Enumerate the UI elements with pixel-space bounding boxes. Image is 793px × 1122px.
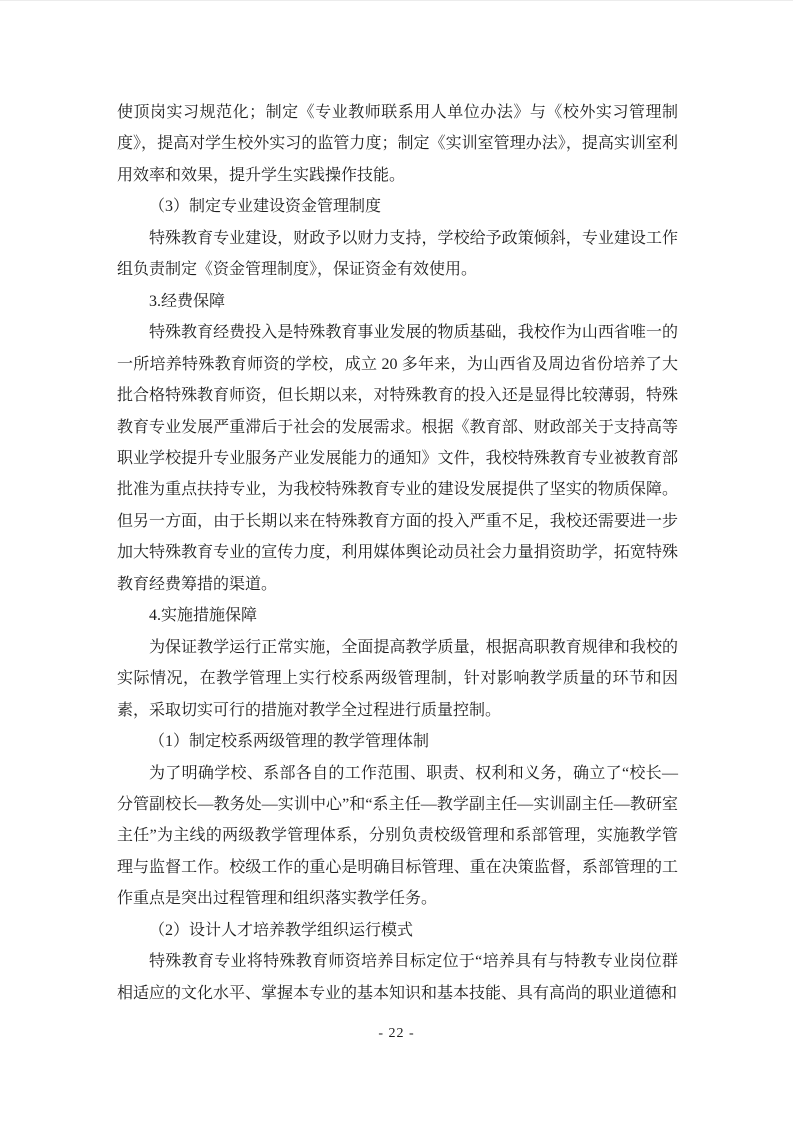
paragraph: （2）设计人才培养教学组织运行模式 <box>117 915 678 946</box>
paragraph: 特殊教育专业建设，财政予以财力支持，学校给予政策倾斜，专业建设工作组负责制定《资… <box>117 223 678 286</box>
paragraph: （3）制定专业建设资金管理制度 <box>117 191 678 222</box>
document-body: 使顶岗实习规范化；制定《专业教师联系用人单位办法》与《校外实习管理制度》，提高对… <box>117 97 678 1009</box>
page-number: - 22 - <box>0 1025 793 1043</box>
paragraph: 为保证教学运行正常实施，全面提高教学质量，根据高职教育规律和我校的实际情况，在教… <box>117 632 678 726</box>
paragraph: 3.经费保障 <box>117 286 678 317</box>
document-page: 使顶岗实习规范化；制定《专业教师联系用人单位办法》与《校外实习管理制度》，提高对… <box>0 0 793 1122</box>
paragraph: 为了明确学校、系部各自的工作范围、职责、权利和义务，确立了“校长—分管副校长—教… <box>117 758 678 915</box>
paragraph: 特殊教育专业将特殊教育师资培养目标定位于“培养具有与特教专业岗位群相适应的文化水… <box>117 946 678 1009</box>
paragraph: 4.实施措施保障 <box>117 600 678 631</box>
paragraph: （1）制定校系两级管理的教学管理体制 <box>117 726 678 757</box>
paragraph: 特殊教育经费投入是特殊教育事业发展的物质基础，我校作为山西省唯一的一所培养特殊教… <box>117 317 678 600</box>
paragraph: 使顶岗实习规范化；制定《专业教师联系用人单位办法》与《校外实习管理制度》，提高对… <box>117 97 678 191</box>
